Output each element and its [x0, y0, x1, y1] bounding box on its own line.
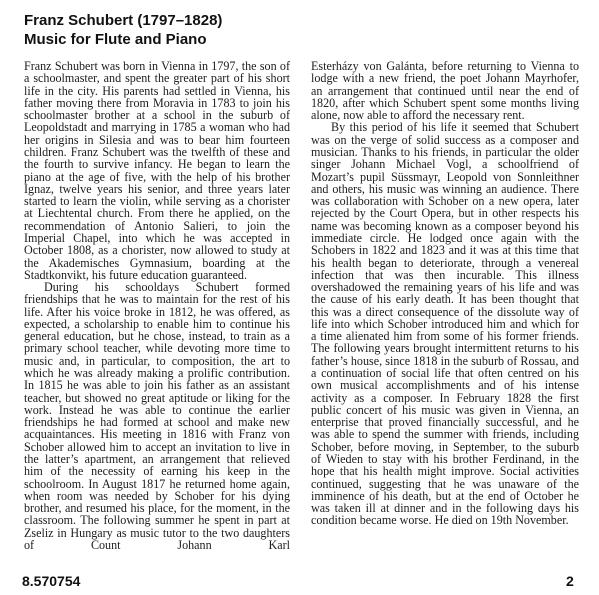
paragraph: Franz Schubert was born in Vienna in 179…	[24, 60, 290, 281]
paragraph: During his schooldays Schubert formed fr…	[24, 281, 290, 551]
catalogue-number: 8.570754	[22, 573, 80, 589]
page-title: Franz Schubert (1797–1828)	[24, 11, 222, 30]
page-header: Franz Schubert (1797–1828) Music for Flu…	[24, 11, 222, 49]
right-text-column: Esterházy von Galánta, before returning …	[311, 60, 579, 527]
page-number: 2	[566, 573, 574, 589]
left-text-column: Franz Schubert was born in Vienna in 179…	[24, 60, 290, 551]
page-subtitle: Music for Flute and Piano	[24, 30, 222, 49]
paragraph: By this period of his life it seemed tha…	[311, 121, 579, 526]
paragraph: Esterházy von Galánta, before returning …	[311, 60, 579, 121]
